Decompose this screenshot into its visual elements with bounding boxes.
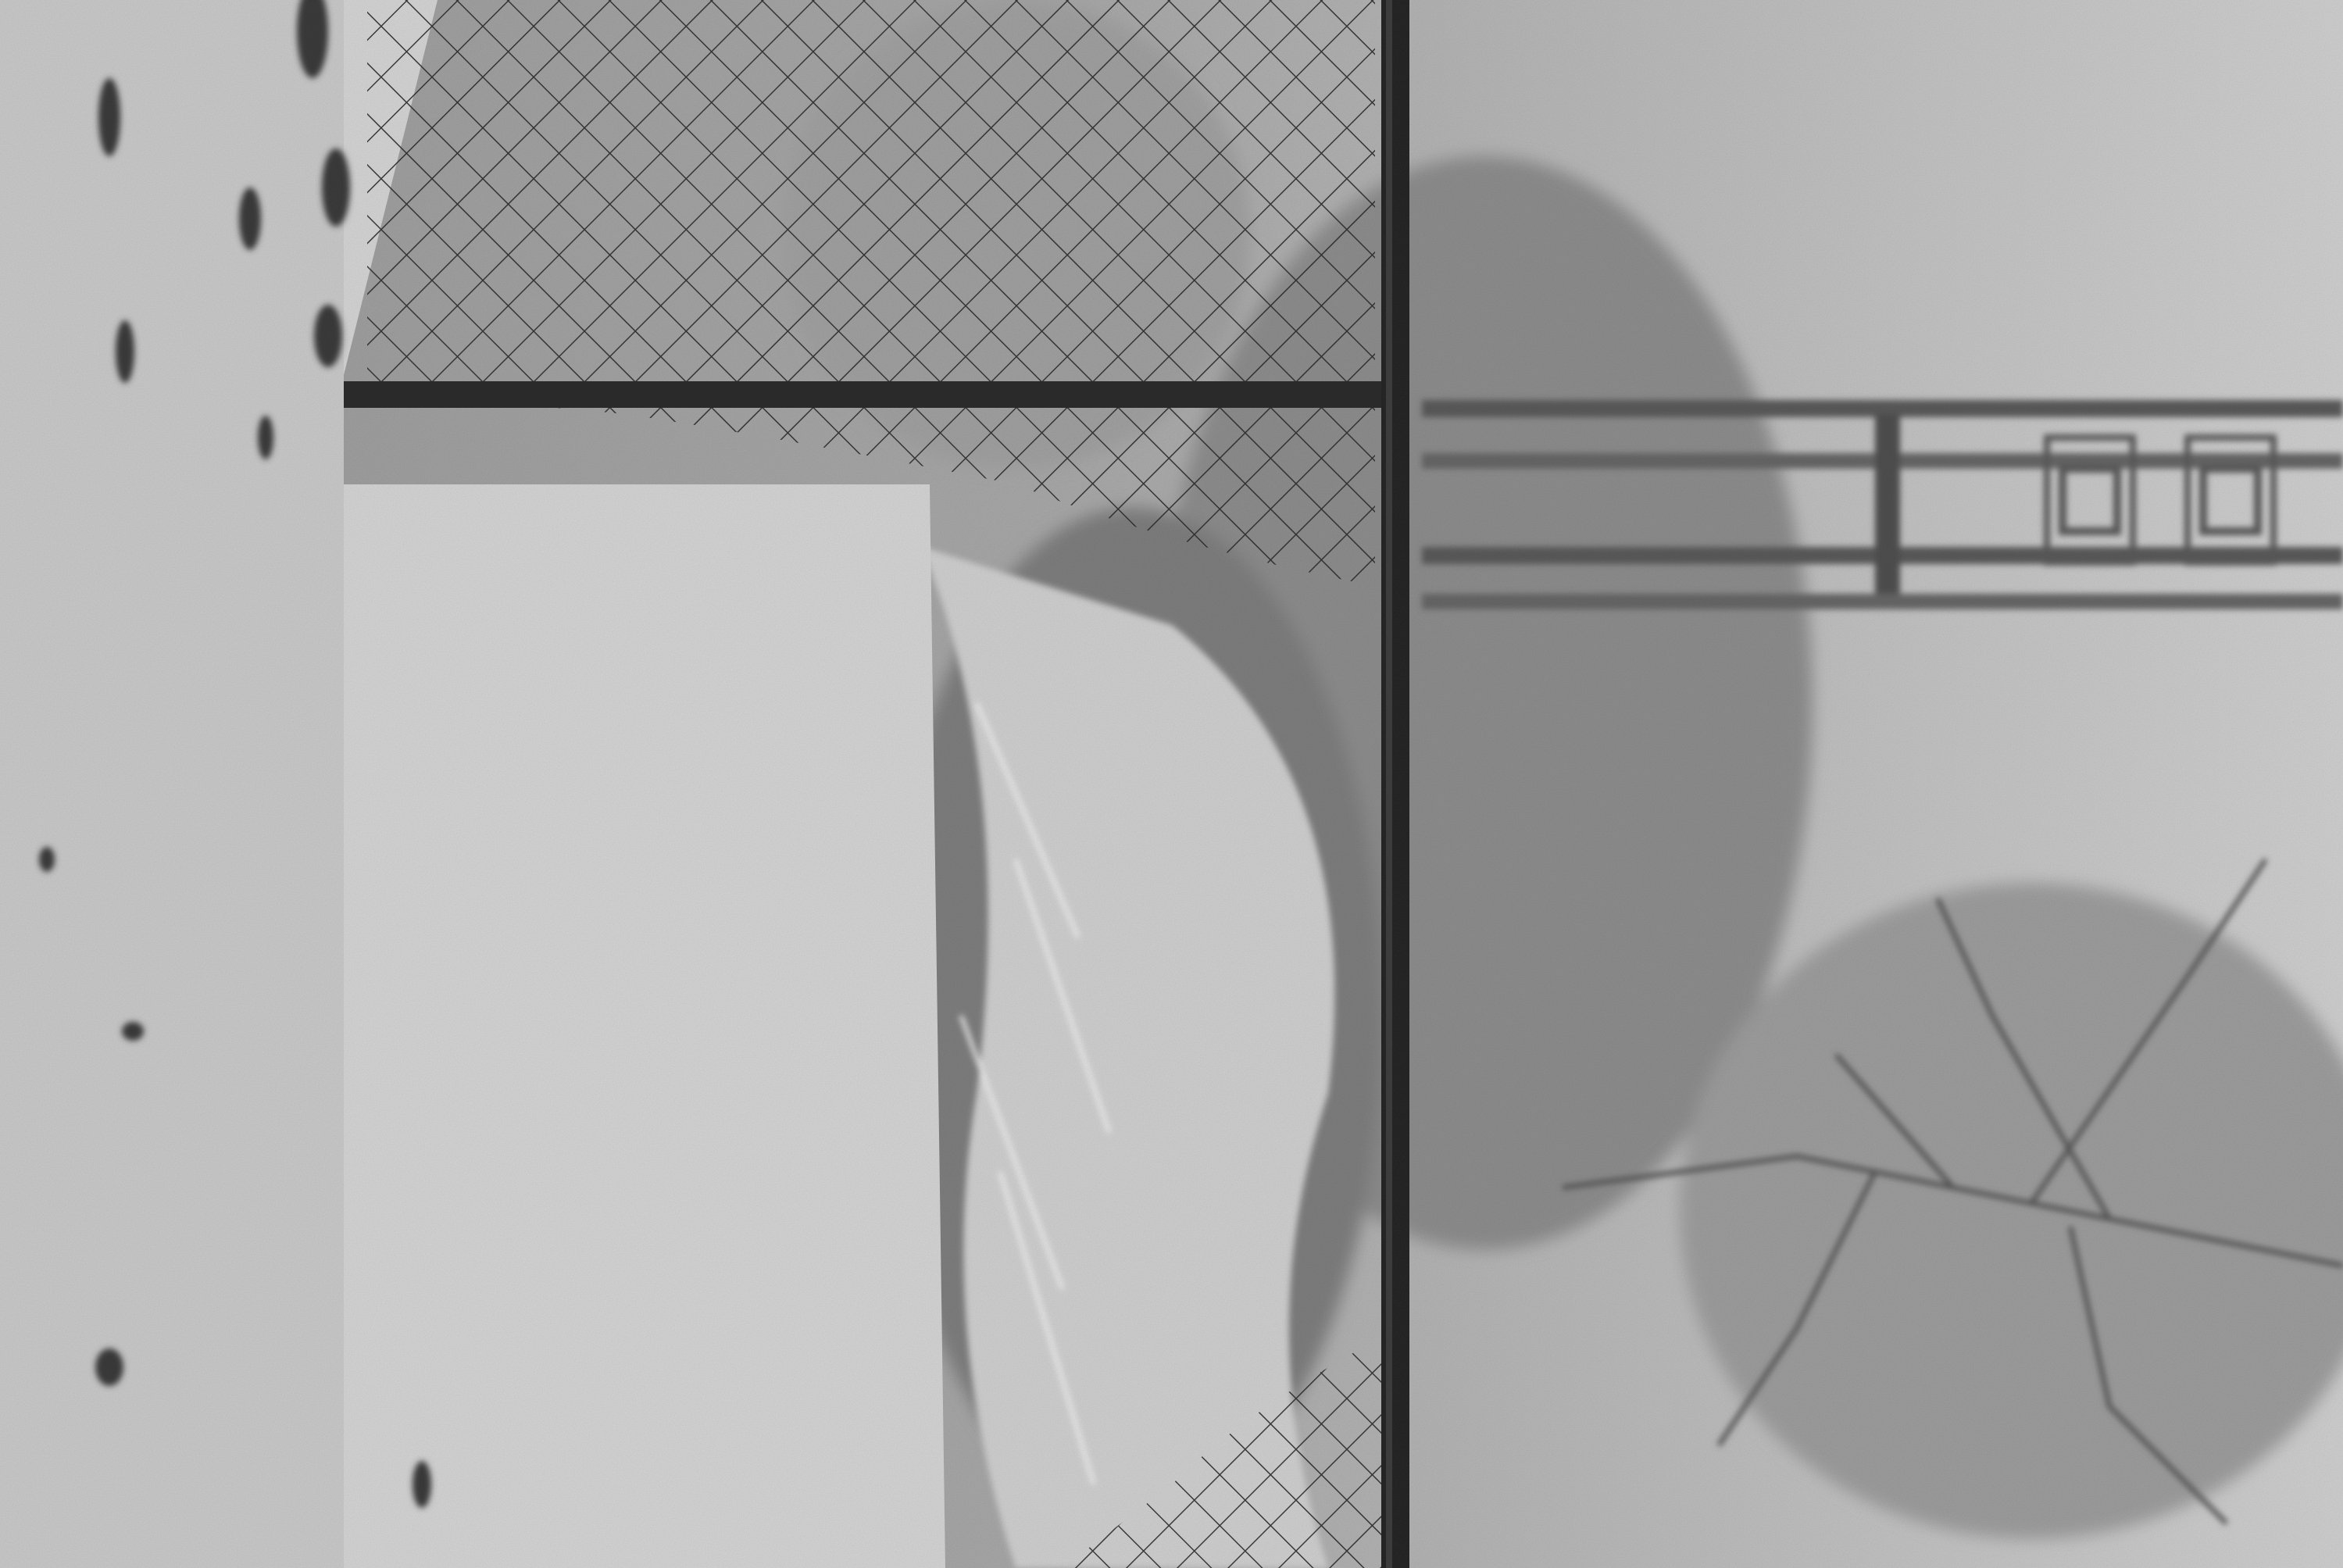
fence-post bbox=[1381, 0, 1409, 1568]
wall-edge bbox=[0, 0, 344, 1568]
horizontal-rail bbox=[344, 381, 1406, 408]
photograph: Grainy black-and-white film photograph, … bbox=[0, 0, 2343, 1568]
photo-canvas bbox=[0, 0, 2343, 1568]
